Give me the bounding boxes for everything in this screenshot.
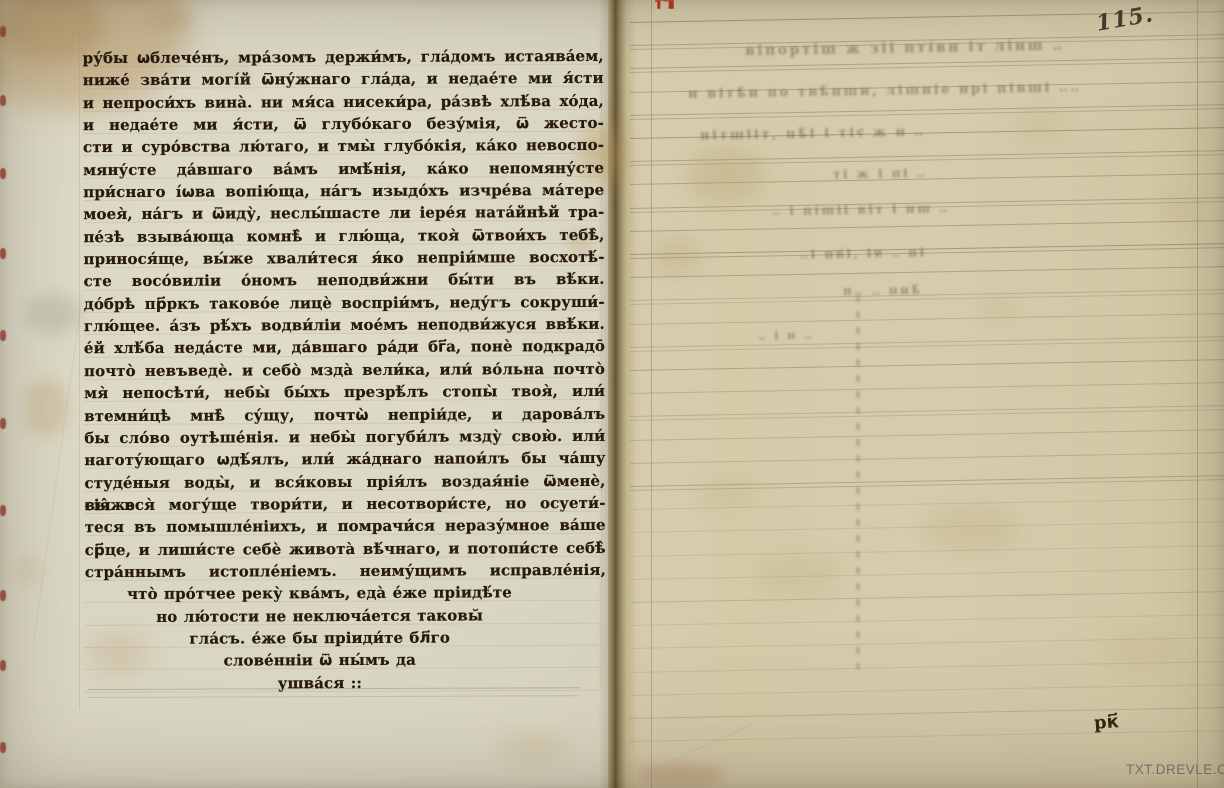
manuscript-text-line: почто̀ невъведѐ. и себо̀ мзда̀ вели́ка, … [84,358,605,383]
manuscript-text-line: втемни́цѣ мнѣ̀ су́щу, почтѡ̀ непріи́де, … [84,402,605,427]
manuscript-text-line: сте восо́виліи о́номъ неподви́жни бы́ти … [84,268,605,293]
manuscript-text-line: сти и суро́вства лю́таго, и тмы̀ глубо́к… [83,134,604,159]
manuscript-text-line: стра́ннымъ истопле́ніемъ. неиму́щимъ исп… [85,559,606,584]
manuscript-text-line: до́брѣ пр҃ркъ таково́е лицѐ воспріи́мъ, … [84,291,605,316]
manuscript-text-block: ру́бы ѡблече́нъ, мра́зомъ держи́мъ, гла́… [83,45,607,695]
manuscript-text-line: теся въ помышле́ніихъ, и помрачи́ся нера… [85,514,606,539]
vertical-stain-streak [856,295,860,675]
watermark: TXT.DREVLE.COM [1126,762,1224,777]
manuscript-text-line: бы сло́во оутѣше́нія. и небы̀ погуби́лъ … [84,425,605,450]
manuscript-text-line: моея̀, на́гъ и ѿиду̀, неслы́шасте ли іер… [83,201,604,226]
right-page [608,0,1224,788]
manuscript-text-line: слове́нніи ѿ ны́мъ да [85,648,606,673]
manuscript-text-line: но лю́тости не неключа́ется таковы̆ [85,603,606,628]
quire-mark: рк҃ [1093,711,1119,734]
manuscript-text-line: е́й хлѣ́ба неда́сте ми, да́вшаго ра́ди б… [84,335,605,360]
manuscript-text-line: глю́щее. а́зъ рѣ́хъ водви́ліи мое́мъ неп… [84,313,605,338]
manuscript-text-line: наготу́ющаго ѡдѣ́ялъ, или́ жа́днаго напо… [84,447,605,472]
manuscript-scan: ру́бы ѡблече́нъ, мра́зомъ держи́мъ, гла́… [0,0,1224,788]
manuscript-text-line: при́снаго і́ѡва вопію́ща, на́гъ изыдо́хъ… [83,179,604,204]
manuscript-text-line: принося́ще, вы́же хвали́теся я́ко непріи… [83,246,604,271]
manuscript-text-line: мяну́сте да́вшаго ва́мъ имѣ́нія, ка́ко н… [83,157,604,182]
manuscript-text-line: и недае́те ми я́сти, ѿ глубо́каго безу́м… [83,112,604,137]
manuscript-text-line: что̀ про́тчее реку̀ ква́мъ, еда̀ е́же пр… [85,581,606,606]
manuscript-text-line: сія̀ вся̀ могу́ще твори́ти, и несотвори́… [85,492,606,517]
manuscript-text-line: гла́съ. е́же бы пріиди́те бл҃го [85,626,606,651]
manuscript-text-line: пе́зѣ взыва́юща комнѣ̀ и глю́ща, ткоя̀ ѿ… [83,224,604,249]
manuscript-text-line: ниже́ зва́ти могі́й ѿну́жнаго гла́да, и … [83,67,604,92]
manuscript-text-line: ушва́ся :: [85,670,606,695]
manuscript-text-line: и непроси́хъ вина̀. ни мя́са нисеки́ра, … [83,90,604,115]
manuscript-text-line: ср҃це, и лиши́сте себѐ живота̀ вѣ́чнаго,… [85,536,606,561]
manuscript-text-line: студе́ныя воды̀, и вся́ковы прія́лъ возд… [84,469,605,494]
manuscript-text-line: мя̀ непосѣти́, небы̀ бы́хъ презрѣ́лъ сто… [84,380,605,405]
manuscript-text-line: ру́бы ѡблече́нъ, мра́зомъ держи́мъ, гла́… [83,45,604,70]
